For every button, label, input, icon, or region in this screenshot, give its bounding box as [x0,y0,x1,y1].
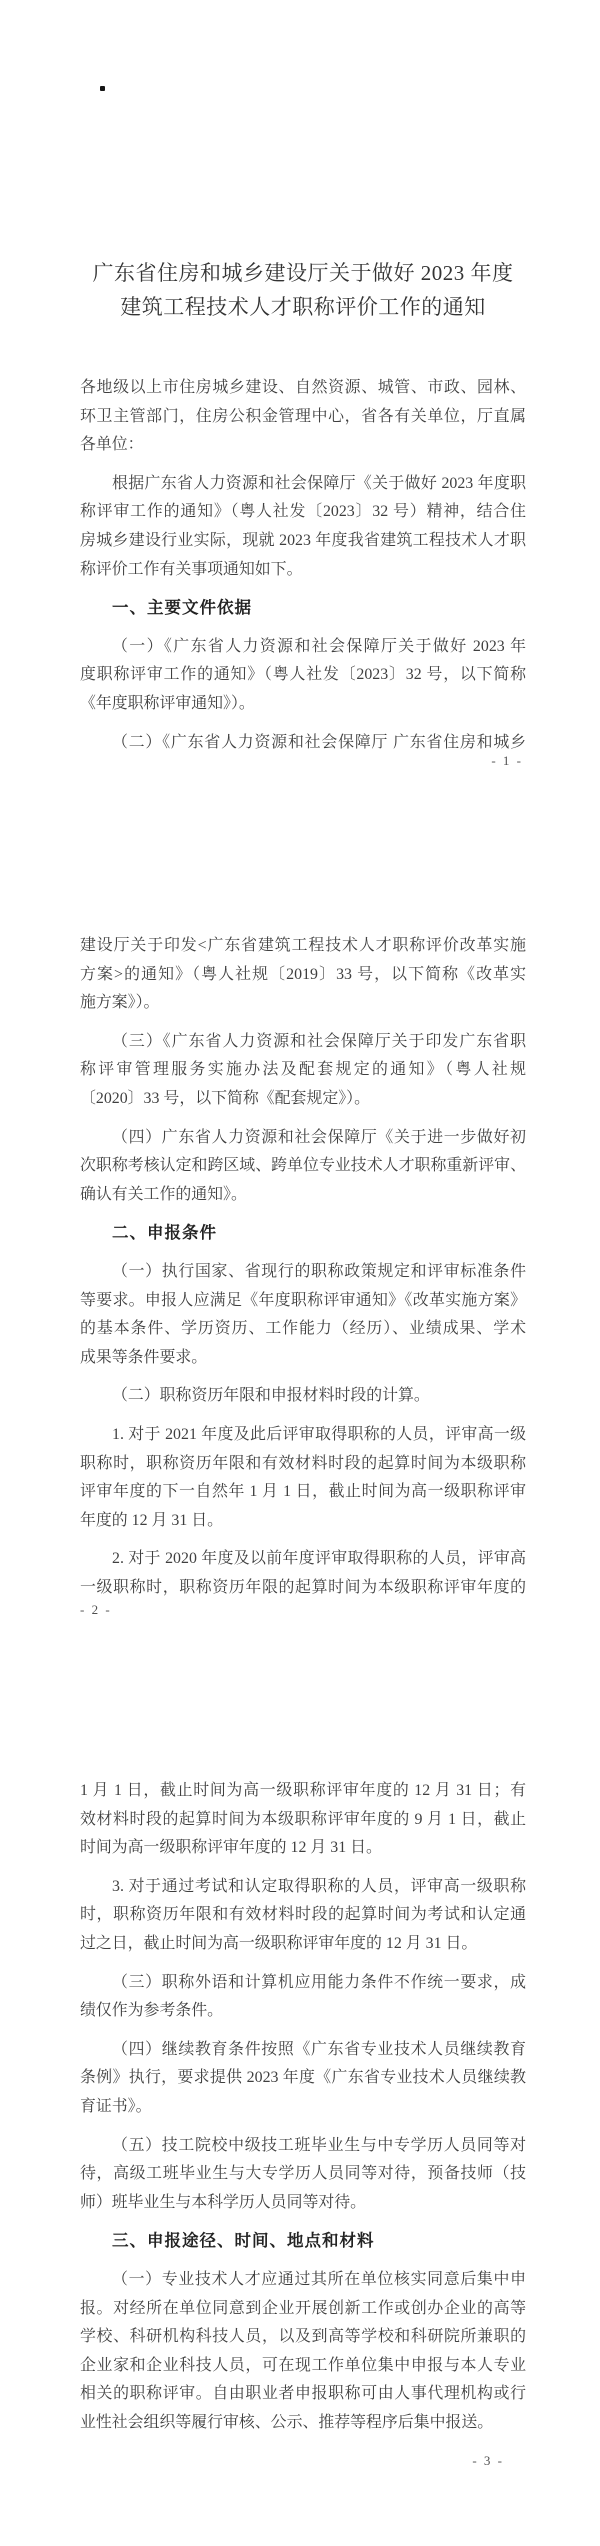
text-line: 等要求。申报人应满足《年度职称评审通知》《改革实施方案》 [80,1287,526,1316]
paragraph: （二）职称资历年限和申报材料时段的计算。 [80,1382,526,1411]
paragraph: 3. 对于通过考试和认定取得职称的人员，评审高一级职称时，职称资历年限和有效材料… [80,1873,526,1959]
text-line: 称评审管理服务实施办法及配套规定的通知》（粤人社规 [80,1056,526,1085]
paragraph: 建设厅关于印发<广东省建筑工程技术人才职称评价改革实施方案>的通知》（粤人社规〔… [80,932,526,1018]
text-line: （四）继续教育条件按照《广东省专业技术人员继续教育 [80,2036,526,2065]
paragraph: 根据广东省人力资源和社会保障厅《关于做好 2023 年度职称评审工作的通知》（粤… [80,470,526,584]
text-line: 待，高级工班毕业生与大专学历人员同等对待，预备技师（技 [80,2160,526,2189]
text-line: 《年度职称评审通知》）。 [80,690,526,719]
text-line: （一）《广东省人力资源和社会保障厅关于做好 2023 年 [80,633,526,662]
page-number: - 1 - [491,753,523,769]
document-title: 广东省住房和城乡建设厅关于做好 2023 年度建筑工程技术人才职称评价工作的通知 [80,257,526,324]
section-heading-text: 三、申报途径、时间、地点和材料 [80,2227,526,2256]
text-line: 成果等条件要求。 [80,1344,526,1373]
text-line: 效材料时段的起算时间为本级职称评审年度的 9 月 1 日，截止 [80,1806,526,1835]
paragraph: （三）职称外语和计算机应用能力条件不作统一要求，成绩仅作为参考条件。 [80,1969,526,2026]
paragraph: （四）广东省人力资源和社会保障厅《关于进一步做好初次职称考核认定和跨区域、跨单位… [80,1124,526,1210]
text-line: 绩仅作为参考条件。 [80,1997,526,2026]
paragraph: 各地级以上市住房城乡建设、自然资源、城管、市政、园林、环卫主管部门，住房公积金管… [80,374,526,460]
text-line: （二）《广东省人力资源和社会保障厅 广东省住房和城乡 [80,729,526,758]
text-line: 次职称考核认定和跨区域、跨单位专业技术人才职称重新评审、 [80,1152,526,1181]
text-line: 建设厅关于印发<广东省建筑工程技术人才职称评价改革实施 [80,932,526,961]
text-line: 业性社会组织等履行审核、公示、推荐等程序后集中报送。 [80,2409,526,2438]
text-line: 3. 对于通过考试和认定取得职称的人员，评审高一级职称 [80,1873,526,1902]
paragraph: 1 月 1 日，截止时间为高一级职称评审年度的 12 月 31 日；有效材料时段… [80,1777,526,1863]
text-line: 时，职称资历年限和有效材料时段的起算时间为考试和认定通 [80,1901,526,1930]
text-line: 师）班毕业生与本科学历人员同等对待。 [80,2189,526,2218]
paragraph: （一）执行国家、省现行的职称政策规定和评审标准条件等要求。申报人应满足《年度职称… [80,1258,526,1372]
document-title-line: 广东省住房和城乡建设厅关于做好 2023 年度 [80,257,526,291]
page-1: 广东省住房和城乡建设厅关于做好 2023 年度建筑工程技术人才职称评价工作的通知… [0,0,600,849]
document-title-line: 建筑工程技术人才职称评价工作的通知 [80,291,526,325]
text-line: 职称时，职称资历年限和有效材料时段的起算时间为本级职称 [80,1450,526,1479]
text-line: 企业家和企业科技人员，可在现工作单位集中申报与本人专业 [80,2352,526,2381]
page-2-content: 建设厅关于印发<广东省建筑工程技术人才职称评价改革实施方案>的通知》（粤人社规〔… [80,932,526,1612]
text-line: 育证书》。 [80,2093,526,2122]
text-line: 环卫主管部门，住房公积金管理中心，省各有关单位，厅直属 [80,403,526,432]
text-line: 1. 对于 2021 年度及此后评审取得职称的人员，评审高一级 [80,1421,526,1450]
text-line: （一）执行国家、省现行的职称政策规定和评审标准条件 [80,1258,526,1287]
text-line: 评审年度的下一自然年 1 月 1 日，截止时间为高一级职称评审 [80,1478,526,1507]
text-line: 各单位： [80,431,526,460]
text-line: 房城乡建设行业实际，现就 2023 年度我省建筑工程技术人才职 [80,527,526,556]
text-line: 确认有关工作的通知》。 [80,1181,526,1210]
text-line: （四）广东省人力资源和社会保障厅《关于进一步做好初 [80,1124,526,1153]
section-heading: 三、申报途径、时间、地点和材料 [80,2227,526,2256]
text-line: 条例》执行，要求提供 2023 年度《广东省专业技术人员继续教 [80,2064,526,2093]
page-2: 建设厅关于印发<广东省建筑工程技术人才职称评价改革实施方案>的通知》（粤人社规〔… [0,849,600,1698]
page-1-content: 广东省住房和城乡建设厅关于做好 2023 年度建筑工程技术人才职称评价工作的通知… [80,257,526,767]
paragraph: 1. 对于 2021 年度及此后评审取得职称的人员，评审高一级职称时，职称资历年… [80,1421,526,1535]
text-line: 1 月 1 日，截止时间为高一级职称评审年度的 12 月 31 日；有 [80,1777,526,1806]
section-heading: 二、申报条件 [80,1219,526,1248]
paragraph: （五）技工院校中级技工班毕业生与中专学历人员同等对待，高级工班毕业生与大专学历人… [80,2132,526,2218]
text-line: 相关的职称评审。自由职业者申报职称可由人事代理机构或行 [80,2380,526,2409]
text-line: 过之日，截止时间为高一级职称评审年度的 12 月 31 日。 [80,1930,526,1959]
page-number: - 3 - [472,2453,504,2469]
text-line: 度职称评审工作的通知》（粤人社发〔2023〕32 号，以下简称 [80,661,526,690]
text-line: 学校、科研机构科技人员，以及到高等学校和科研院所兼职的 [80,2323,526,2352]
paragraph: （二）《广东省人力资源和社会保障厅 广东省住房和城乡 [80,729,526,758]
text-line: （一）专业技术人才应通过其所在单位核实同意后集中申 [80,2266,526,2295]
text-line: （三）职称外语和计算机应用能力条件不作统一要求，成 [80,1969,526,1998]
section-heading-text: 一、主要文件依据 [80,594,526,623]
paragraph: 2. 对于 2020 年度及以前年度评审取得职称的人员，评审高一级职称时，职称资… [80,1545,526,1602]
text-line: （二）职称资历年限和申报材料时段的计算。 [80,1382,526,1411]
text-line: 称评价工作有关事项通知如下。 [80,556,526,585]
text-line: 时间为高一级职称评审年度的 12 月 31 日。 [80,1834,526,1863]
text-line: 〔2020〕33 号，以下简称《配套规定》）。 [80,1085,526,1114]
page-3: 1 月 1 日，截止时间为高一级职称评审年度的 12 月 31 日；有效材料时段… [0,1698,600,2546]
page-number: - 2 - [80,1602,112,1618]
text-line: （三）《广东省人力资源和社会保障厅关于印发广东省职 [80,1028,526,1057]
text-line: （五）技工院校中级技工班毕业生与中专学历人员同等对 [80,2132,526,2161]
paragraph: （一）《广东省人力资源和社会保障厅关于做好 2023 年度职称评审工作的通知》（… [80,633,526,719]
section-heading: 一、主要文件依据 [80,594,526,623]
page-3-content: 1 月 1 日，截止时间为高一级职称评审年度的 12 月 31 日；有效材料时段… [80,1777,526,2447]
text-line: 报。对经所在单位同意到企业开展创新工作或创办企业的高等 [80,2295,526,2324]
text-line: 根据广东省人力资源和社会保障厅《关于做好 2023 年度职 [80,470,526,499]
text-line: 方案>的通知》（粤人社规〔2019〕33 号，以下简称《改革实 [80,961,526,990]
paragraph: （一）专业技术人才应通过其所在单位核实同意后集中申报。对经所在单位同意到企业开展… [80,2266,526,2438]
text-line: 年度的 12 月 31 日。 [80,1507,526,1536]
text-line: 施方案》）。 [80,989,526,1018]
paragraph: （四）继续教育条件按照《广东省专业技术人员继续教育条例》执行，要求提供 2023… [80,2036,526,2122]
scanned-notice-document: 广东省住房和城乡建设厅关于做好 2023 年度建筑工程技术人才职称评价工作的通知… [0,0,600,2546]
section-heading-text: 二、申报条件 [80,1219,526,1248]
text-line: 的基本条件、学历资历、工作能力（经历）、业绩成果、学术 [80,1315,526,1344]
text-line: 称评审工作的通知》（粤人社发〔2023〕32 号）精神，结合住 [80,498,526,527]
paragraph: （三）《广东省人力资源和社会保障厅关于印发广东省职称评审管理服务实施办法及配套规… [80,1028,526,1114]
text-line: 一级职称时，职称资历年限的起算时间为本级职称评审年度的 [80,1574,526,1603]
text-line: 2. 对于 2020 年度及以前年度评审取得职称的人员，评审高 [80,1545,526,1574]
text-line: 各地级以上市住房城乡建设、自然资源、城管、市政、园林、 [80,374,526,403]
